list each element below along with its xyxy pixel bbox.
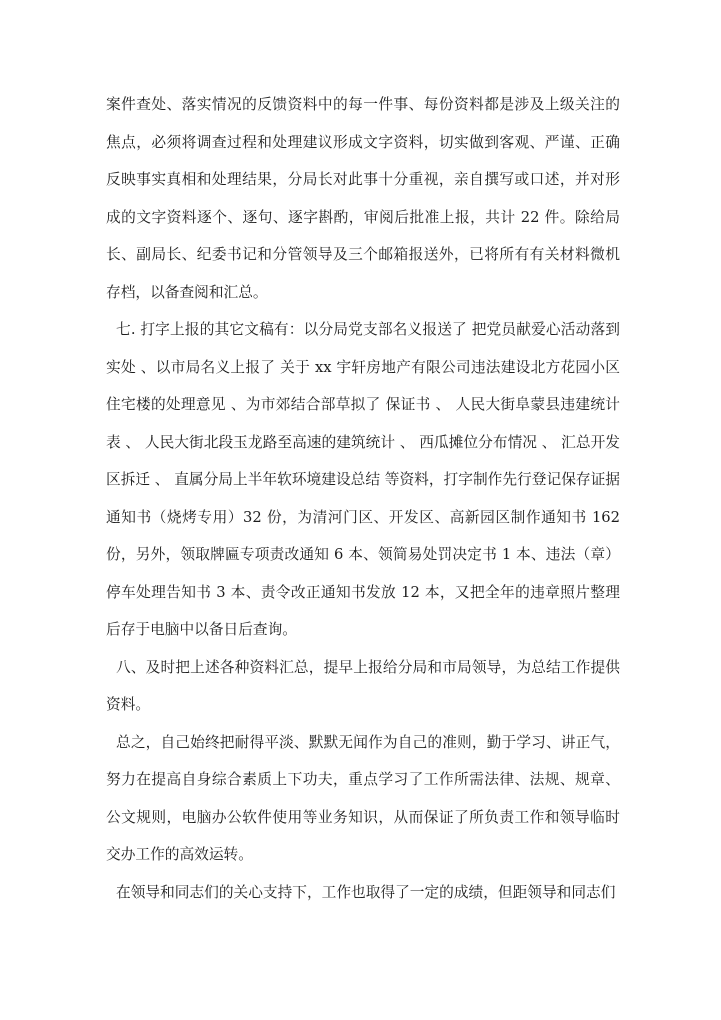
paragraph-4: 总之，自己始终把耐得平淡、默默无闻作为自己的准则，勤于学习、讲正气，努力在提高自…: [106, 724, 620, 874]
paragraph-2: 七. 打字上报的其它文稿有：以分局党支部名义报送了 把党员献爱心活动落到实处 、…: [106, 311, 620, 649]
document-body: 案件查处、落实情况的反馈资料中的每一件事、每份资料都是涉及上级关注的焦点，必须将…: [106, 86, 620, 911]
document-page: 案件查处、落实情况的反馈资料中的每一件事、每份资料都是涉及上级关注的焦点，必须将…: [0, 0, 721, 1020]
paragraph-1: 案件查处、落实情况的反馈资料中的每一件事、每份资料都是涉及上级关注的焦点，必须将…: [106, 86, 620, 311]
paragraph-3: 八、及时把上述各种资料汇总，提早上报给分局和市局领导，为总结工作提供资料。: [106, 649, 620, 724]
paragraph-5: 在领导和同志们的关心支持下，工作也取得了一定的成绩，但距领导和同志们: [106, 874, 620, 912]
